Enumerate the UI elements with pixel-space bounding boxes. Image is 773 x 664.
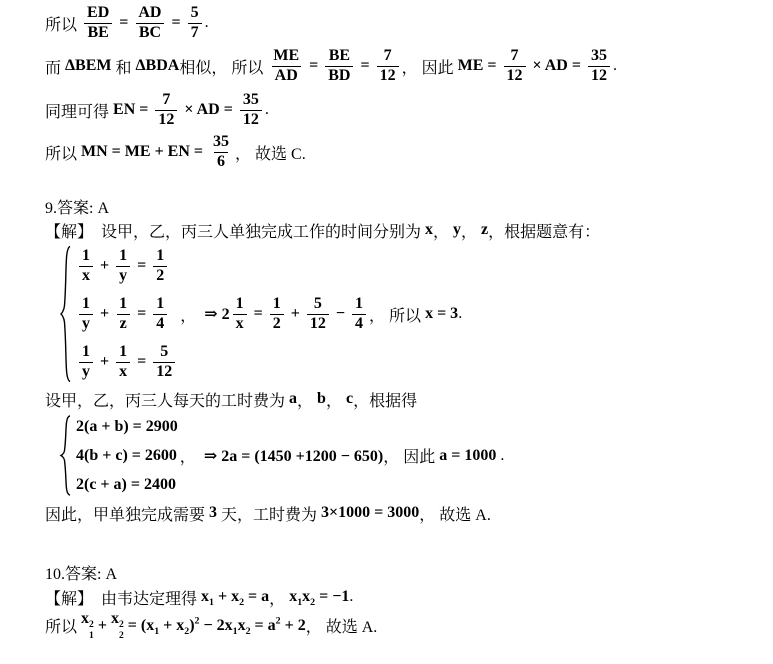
math-run: 2(c + a) = 2400 [76,476,176,494]
math-run: + [94,617,111,635]
run-text: ， [180,449,204,466]
fraction: 1y [79,295,93,333]
fraction-denominator: x [79,266,93,285]
run-text: ， 故选 C. [235,146,306,163]
run-text: 【解】 由韦达定理得 [45,591,201,608]
math-run: = ( [124,617,146,635]
run-text: − [332,305,349,322]
fraction-denominator: 12 [504,66,526,85]
fraction-numerator: 7 [159,91,173,109]
text-run: 所以 [45,141,81,164]
run-text: 设甲，乙，丙三人每天的工时费为 [45,393,289,410]
equation-rows: 1x + 1y = 121y + 1z = 141y + 1x = 512 [76,242,178,386]
run-text: ， [269,591,289,608]
text-run: 所以 [45,12,81,35]
fraction-denominator: 4 [352,314,366,333]
run-text: + [159,617,176,634]
math-run: = [167,14,184,32]
run-text: . [349,588,353,605]
math-run: = [356,57,373,75]
run-text: ME = [458,57,501,74]
math-run: x2 [302,588,315,606]
text-run: ，根据得 [353,388,417,411]
equation-row: 1y + 1x = 512 [76,338,178,386]
math-run: 3×1000 = 3000 [321,504,419,522]
run-text: 10.答案: A [45,566,117,583]
run-text: = [250,305,267,322]
run-text: ， [433,224,453,241]
run-text: ， 故选 A. [306,619,378,636]
run-text: 3 [209,504,217,521]
line-mn-conclusion: 所以 MN = ME + EN = 356， 故选 C. [45,131,757,173]
fraction: 512 [153,343,175,381]
text-run: ， 故选 C. [235,141,306,164]
text-run: 设甲，乙，丙三人每天的工时费为 [45,388,289,411]
fraction: MEAD [270,47,302,85]
math-run: − 2 [200,617,225,635]
math-run: z [481,221,488,239]
math-run: = [305,57,322,75]
run-text: + [214,588,231,605]
run-text: ⇒ 2 [204,306,229,323]
text-run: . [349,588,353,606]
document-page: 所以 EDBE = ADBC = 57.而 ΔBEM 和 ΔBDA相似， 所以 … [0,0,773,664]
answer-10: 10.答案: A [45,561,757,584]
run-text: z [481,221,488,238]
run-text: 【解】 设甲，乙，丙三人单独完成工作的时间分别为 [45,224,425,241]
fraction-denominator: BD [325,66,353,85]
fraction-denominator: 4 [153,314,167,333]
run-text: 和 [112,60,136,77]
fraction: 1x [233,295,247,333]
line-similar-triangles: 而 ΔBEM 和 ΔBDA相似， 所以 MEAD = BEBD = 712， 因… [45,43,757,89]
run-text: . [265,101,269,118]
fraction: 712 [504,47,526,85]
line-ed-be: 所以 EDBE = ADBC = 57. [45,3,757,43]
fraction: 1z [116,295,130,333]
fraction: 3512 [588,47,610,85]
run-text: 所以 [45,619,81,636]
fraction-numerator: 35 [210,133,232,151]
text-run: ， [461,219,481,242]
math-run: ⇒ 2 [204,304,229,324]
solution-9-setup: 【解】 设甲，乙，丙三人单独完成工作的时间分别为 x， y， z，根据题意有： [45,218,757,242]
math-run: = [133,305,150,323]
fraction-numerator: 5 [157,343,171,361]
math-run: x = 3 [425,305,458,323]
run-text: MN = ME + EN = [81,143,207,160]
math-run: + [287,305,304,323]
system-wages: 2(a + b) = 29004(b + c) = 26002(c + a) =… [59,412,757,499]
text-run: 【解】 由韦达定理得 [45,586,201,609]
fraction-denominator: 12 [153,362,175,381]
run-text: y [453,221,461,238]
run-text: + [94,617,111,634]
text-run: ， 因此 [383,444,439,467]
text-run: 和 [112,55,136,78]
answer-9: 9.答案: A [45,195,757,218]
fraction: 57 [188,4,202,42]
fraction: 356 [210,133,232,171]
math-run: b [317,390,326,408]
run-text: ⇒ 2a = (1450 +1200 − 650) [204,448,383,465]
fraction-numerator: 35 [240,91,262,109]
fraction-denominator: x [116,362,130,381]
gap-before-q10 [45,527,757,561]
text-run: . [496,447,504,465]
run-text: 2(a + b) = 2900 [76,418,178,435]
system-implication: ， ⇒ 21x = 12 + 512 − 14， 所以 x = 3. [180,295,462,333]
text-run: ， [180,444,204,467]
math-run: = [133,257,150,275]
math-run: ΔBDA [136,57,180,75]
fraction-denominator: y [116,266,130,285]
fraction-denominator: 12 [240,110,262,129]
math-run: c [346,390,353,408]
run-text: 同理可得 [45,104,113,121]
math-run: + [159,617,176,635]
text-run: 而 [45,55,65,78]
line-en: 同理可得 EN = 712 × AD = 3512. [45,89,757,131]
run-text: a = 1000 [439,447,496,464]
run-text: ， [326,393,346,410]
run-text: + [96,305,113,322]
run-text: ，根据题意有： [488,224,600,241]
run-text: ΔBDA [136,57,180,74]
text-run: ， [297,388,317,411]
math-run: x21 [81,610,94,641]
fraction-numerator: 1 [79,247,93,265]
math-run: + 2 [281,617,306,635]
fraction-numerator: 5 [188,4,202,22]
run-text: ， [180,308,204,325]
text-run: . [613,57,617,75]
run-text: a [289,390,297,407]
run-text: x [238,617,246,634]
run-text: × AD = [180,101,236,118]
run-text: . [613,57,617,74]
fraction-numerator: 1 [79,343,93,361]
run-text: c [346,390,353,407]
fraction-numerator: 1 [116,343,130,361]
equation-row: 4(b + c) = 2600 [76,441,178,470]
run-text: = ( [124,617,146,634]
text-run: ，根据题意有： [488,219,600,242]
math-run: × AD = [529,57,585,75]
run-text: . [496,447,504,464]
run-text: = [133,353,150,370]
fraction: 12 [270,295,284,333]
run-text: 所以 [45,17,81,34]
math-run: )2 [189,617,199,635]
fraction: 12 [153,247,167,285]
fraction-numerator: 1 [153,295,167,313]
fraction-numerator: 1 [116,295,130,313]
text-run: 9.答案: A [45,195,109,218]
run-text: . [205,14,209,31]
run-text: 因此，甲单独完成需要 [45,507,209,524]
run-text: x [146,617,154,634]
math-run: = a2 [251,617,281,635]
solution-10-vieta: 【解】 由韦达定理得 x1 + x2 = a， x1x2 = −1. [45,584,757,610]
run-text: ， 因此 [402,60,458,77]
text-run: ， [433,219,453,242]
run-text: + [287,305,304,322]
run-text: − 2 [200,617,225,634]
math-run: − [332,305,349,323]
fraction-numerator: 1 [79,295,93,313]
math-run: = −1 [315,588,349,606]
fraction: 1y [79,343,93,381]
run-text: ， [461,224,481,241]
math-run: x1 [146,617,159,635]
text-run: ， [269,586,289,609]
run-text: 天，工时费为 [217,507,321,524]
run-text: x [231,588,239,605]
equation-row: 2(c + a) = 2400 [76,470,178,499]
run-text: = a [251,617,276,634]
fraction-denominator: 12 [588,66,610,85]
run-text: × AD = [529,57,585,74]
math-run: a = 1000 [439,447,496,465]
fraction-denominator: 7 [188,23,202,42]
math-run: x1 [289,588,302,606]
run-text: x [81,610,89,627]
run-text: x [302,588,310,605]
math-run: ME = [458,57,501,75]
fraction-denominator: BC [136,23,164,42]
run-text: 9.答案: A [45,200,109,217]
text-run: ， 故选 A. [419,502,491,525]
math-run: MN = ME + EN = [81,143,207,161]
math-run: x22 [111,610,124,641]
run-text: = [167,14,184,31]
run-text: ， 所以 [369,308,425,325]
fraction-denominator: 12 [377,66,399,85]
math-run: x2 [238,617,251,635]
curly-brace-icon [59,245,71,383]
equation-row: 2(a + b) = 2900 [76,412,178,441]
text-run: ， 故选 A. [306,614,378,637]
math-run: = [115,14,132,32]
fraction: 1x [79,247,93,285]
fraction-denominator: y [79,362,93,381]
run-text: ， [297,393,317,410]
fraction-denominator: 2 [270,314,284,333]
text-run: 【解】 设甲，乙，丙三人单独完成工作的时间分别为 [45,219,425,242]
math-run: × AD = [180,101,236,119]
math-run: 4(b + c) = 2600 [76,447,177,465]
fraction-numerator: ED [84,4,112,22]
run-text: = [356,57,373,74]
run-text: = [133,257,150,274]
run-text: = [305,57,322,74]
fraction: 1y [116,247,130,285]
math-run: x1 [225,617,238,635]
fraction: ADBC [135,4,164,42]
math-run: = a [244,588,269,606]
run-text: EN = [113,101,152,118]
run-text: = [133,305,150,322]
math-run: y [453,221,461,239]
fraction-numerator: 7 [381,47,395,65]
fraction: 3512 [240,91,262,129]
math-run: x [425,221,433,239]
run-text: x = 3 [425,305,458,322]
fraction-denominator: BE [84,23,111,42]
system-implication: ， ⇒ 2a = (1450 +1200 − 650)， 因此 a = 1000… [180,444,505,467]
math-run: 3 [209,504,217,522]
math-run: + [96,353,113,371]
fraction-numerator: 5 [311,295,325,313]
equation-row: 1y + 1z = 14 [76,290,178,338]
gap-before-q9 [45,173,757,195]
fraction-denominator: AD [272,66,301,85]
equation-rows: 2(a + b) = 29004(b + c) = 26002(c + a) =… [76,412,178,499]
fraction: 712 [377,47,399,85]
text-run: 所以 [45,614,81,637]
fraction-numerator: ME [270,47,302,65]
solution-9-conclusion: 因此，甲单独完成需要 3 天，工时费为 3×1000 = 3000， 故选 A. [45,499,757,527]
text-run: ， [180,303,204,326]
run-text: 所以 [45,146,81,163]
run-text: 4(b + c) = 2600 [76,447,177,464]
math-run: x1 [201,588,214,606]
math-run: = [250,305,267,323]
math-run: x2 [176,617,189,635]
text-run: . [458,305,462,323]
text-run: ， [326,388,346,411]
math-run: ⇒ 2a = (1450 +1200 − 650) [204,446,383,466]
run-text: x [289,588,297,605]
run-text: 而 [45,60,65,77]
run-text: + 2 [281,617,306,634]
fraction-numerator: BE [326,47,353,65]
math-run: ΔBEM [65,57,111,75]
run-text: ΔBEM [65,57,111,74]
curly-brace-icon [59,415,71,496]
text-run: . [265,101,269,119]
text-run: . [205,14,209,32]
fraction: 14 [153,295,167,333]
fraction-denominator: z [117,314,130,333]
fraction-numerator: 1 [153,247,167,265]
math-run: x2 [231,588,244,606]
fraction: 14 [352,295,366,333]
text-run: 天，工时费为 [217,502,321,525]
equation-row: 1x + 1y = 12 [76,242,178,290]
fraction: 512 [307,295,329,333]
run-text: = [115,14,132,31]
math-run: 2(a + b) = 2900 [76,418,178,436]
run-text: 3×1000 = 3000 [321,504,419,521]
run-text: = −1 [315,588,349,605]
fraction: 712 [155,91,177,129]
text-run: ， 所以 [369,303,425,326]
text-run: 10.答案: A [45,561,117,584]
run-text: + [96,353,113,370]
fraction: BEBD [325,47,353,85]
fraction-numerator: 1 [352,295,366,313]
run-text: . [458,305,462,322]
fraction-denominator: 2 [153,266,167,285]
fraction-denominator: 6 [214,152,228,171]
fraction-denominator: 12 [155,110,177,129]
run-text: + [96,257,113,274]
math-run: + [96,257,113,275]
run-text: = a [244,588,269,605]
fraction-numerator: 1 [116,247,130,265]
fraction-numerator: AD [135,4,164,22]
run-text: ，根据得 [353,393,417,410]
fraction-denominator: y [79,314,93,333]
fraction: EDBE [84,4,112,42]
run-text: 2(c + a) = 2400 [76,476,176,493]
text-run: 同理可得 [45,99,113,122]
run-text: x [111,610,119,627]
math-run: + [214,588,231,606]
solution-10-conclusion: 所以 x21 + x22 = (x1 + x2)2 − 2x1x2 = a2 +… [45,610,757,641]
run-text: x [425,221,433,238]
fraction-numerator: 7 [508,47,522,65]
fraction-numerator: 1 [270,295,284,313]
text-run: 相似， 所以 [179,55,267,78]
math-run: = [133,353,150,371]
math-run: + [96,305,113,323]
math-run: EN = [113,101,152,119]
text-run: 因此，甲单独完成需要 [45,502,209,525]
run-text: x [201,588,209,605]
run-text: 相似， 所以 [179,60,267,77]
text-run: ， 因此 [402,55,458,78]
fraction-numerator: 1 [233,295,247,313]
solution-9-wage-setup: 设甲，乙，丙三人每天的工时费为 a， b， c，根据得 [45,386,757,412]
fraction-numerator: 35 [588,47,610,65]
run-text: b [317,390,326,407]
system-work-times: 1x + 1y = 121y + 1z = 141y + 1x = 512， ⇒… [59,242,757,386]
fraction-denominator: x [233,314,247,333]
run-text: ， 故选 A. [419,507,491,524]
run-text: x [225,617,233,634]
math-run: a [289,390,297,408]
fraction: 1x [116,343,130,381]
run-text: ， 因此 [383,449,439,466]
fraction-denominator: 12 [307,314,329,333]
